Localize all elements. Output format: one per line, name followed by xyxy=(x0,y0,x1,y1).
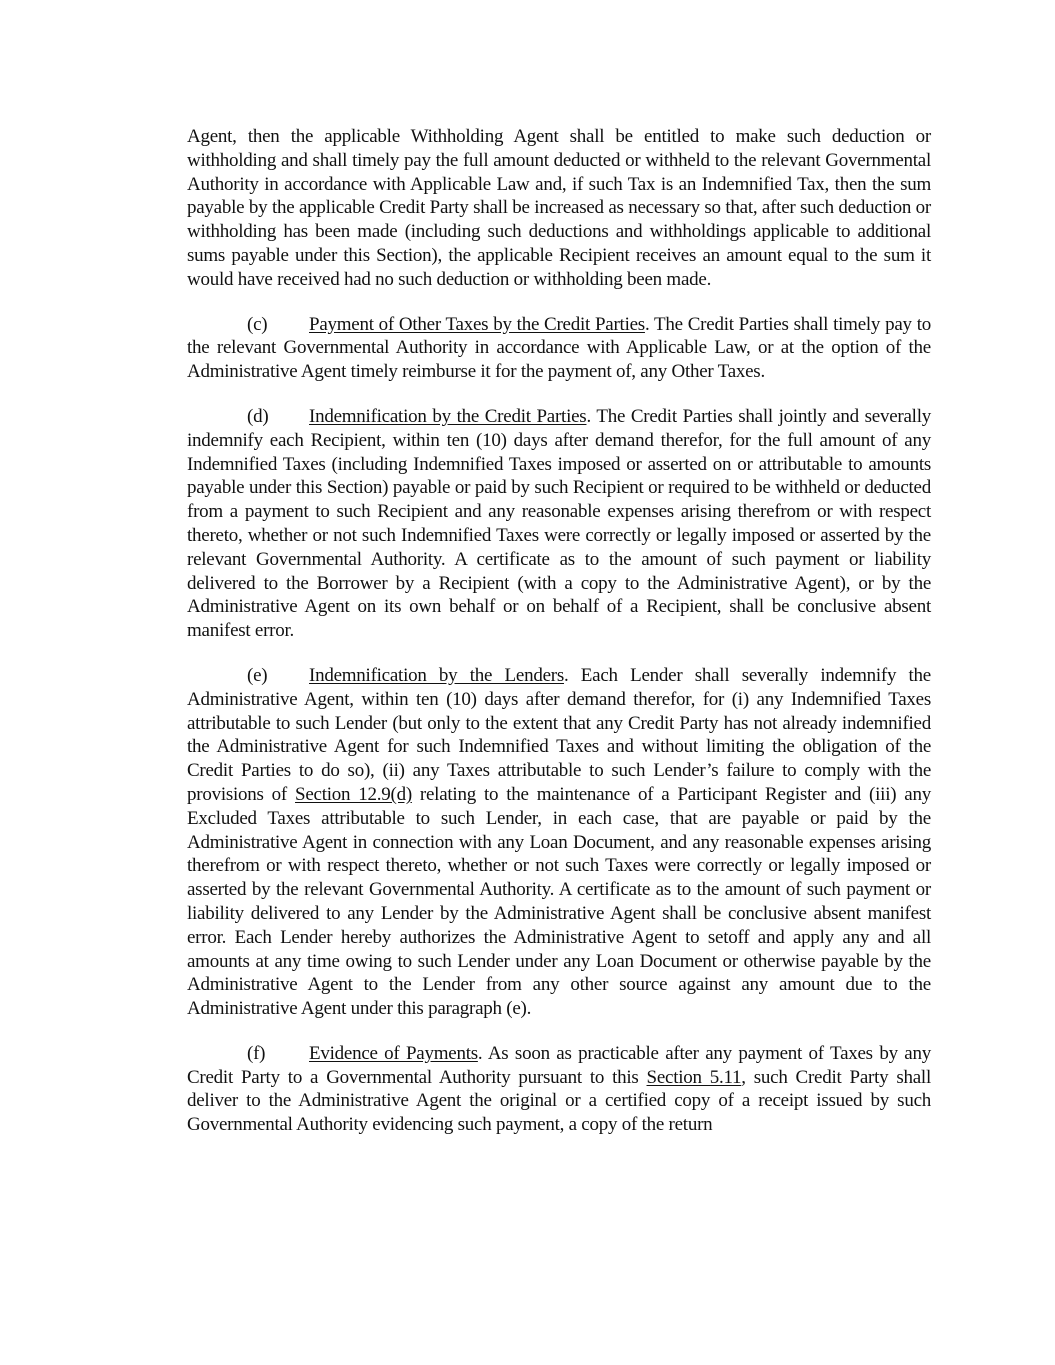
paragraph-heading: Payment of Other Taxes by the Credit Par… xyxy=(309,314,645,335)
paragraph-c: (c)Payment of Other Taxes by the Credit … xyxy=(187,313,931,384)
paragraph-marker: (e) xyxy=(247,664,309,688)
paragraph-marker: (f) xyxy=(247,1042,309,1066)
paragraph-text: . The Credit Parties shall jointly and s… xyxy=(187,406,931,641)
paragraph-marker: (c) xyxy=(247,313,309,337)
paragraph-heading: Indemnification by the Credit Parties xyxy=(309,406,586,427)
paragraph-heading: Evidence of Payments xyxy=(309,1043,478,1064)
paragraph-b-continued: Agent, then the applicable Withholding A… xyxy=(187,125,931,292)
paragraph-heading: Indemnification by the Lenders xyxy=(309,665,564,686)
paragraph-marker: (d) xyxy=(247,405,309,429)
section-reference-12-9-d: Section 12.9(d) xyxy=(295,784,412,805)
paragraph-text: relating to the maintenance of a Partici… xyxy=(187,784,931,1019)
paragraph-text: Agent, then the applicable Withholding A… xyxy=(187,126,931,290)
document-page: Agent, then the applicable Withholding A… xyxy=(187,125,931,1158)
paragraph-f: (f)Evidence of Payments. As soon as prac… xyxy=(187,1042,931,1137)
paragraph-e: (e)Indemnification by the Lenders. Each … xyxy=(187,664,931,1021)
paragraph-d: (d)Indemnification by the Credit Parties… xyxy=(187,405,931,643)
section-reference-5-11: Section 5.11 xyxy=(647,1067,742,1088)
